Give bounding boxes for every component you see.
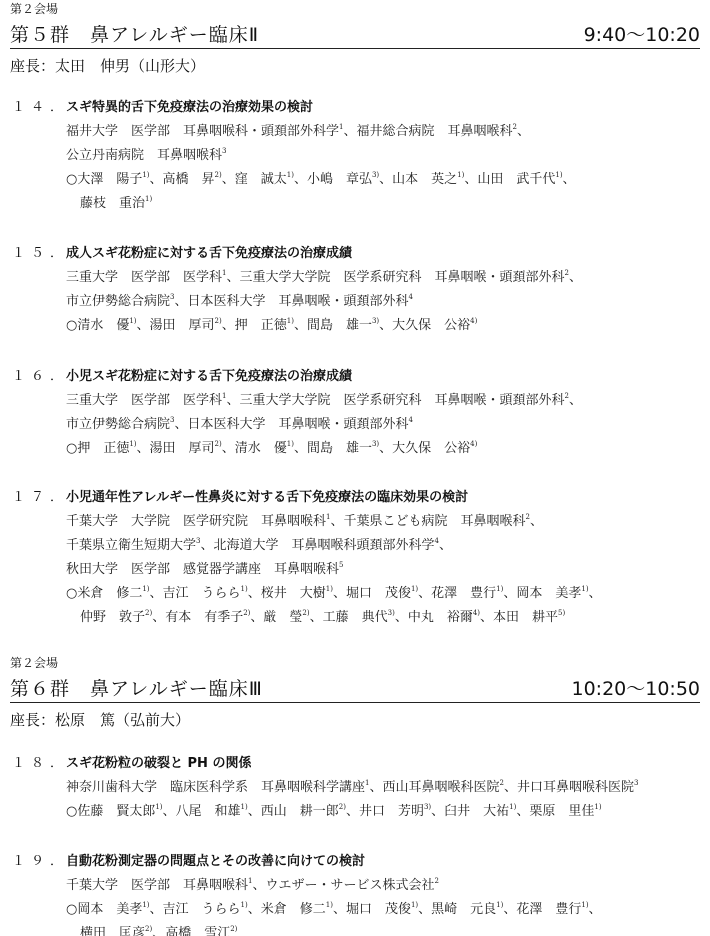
footnote-marker: 2) bbox=[215, 171, 222, 179]
footnote-marker: 2) bbox=[145, 609, 152, 617]
footnote-marker: 2 bbox=[565, 392, 569, 400]
footnote-marker: 1) bbox=[287, 317, 294, 325]
abstract-title: スギ特異的舌下免疫療法の治療効果の検討 bbox=[66, 96, 313, 115]
author-line: 仲野 敦子2)、有本 有季子2)、厳 瑩2)、工藤 典代3)、中丸 裕爾4)、本… bbox=[80, 606, 565, 625]
footnote-marker: 1) bbox=[411, 901, 418, 909]
venue-label: 第２会場 bbox=[10, 0, 58, 17]
footnote-marker: 5 bbox=[339, 561, 343, 569]
footnote-marker: 2) bbox=[230, 925, 237, 933]
abstract-title: 成人スギ花粉症に対する舌下免疫療法の治療成績 bbox=[66, 242, 352, 261]
affiliation-line: 市立伊勢総合病院3、日本医科大学 耳鼻咽喉・頭頚部外科4 bbox=[66, 413, 413, 432]
footnote-marker: 3 bbox=[170, 416, 174, 424]
footnote-marker: 1) bbox=[142, 901, 149, 909]
footnote-marker: 4) bbox=[473, 609, 480, 617]
footnote-marker: 1 bbox=[222, 392, 226, 400]
footnote-marker: 2 bbox=[500, 779, 504, 787]
group-header: 第５群 鼻アレルギー臨床Ⅱ 9:40～10:20 bbox=[10, 24, 700, 49]
affiliation-line: 三重大学 医学部 医学科1、三重大学大学院 医学系研究科 耳鼻咽喉・頭頚部外科2… bbox=[66, 266, 582, 285]
footnote-marker: 1 bbox=[339, 123, 343, 131]
footnote-marker: 1) bbox=[326, 585, 333, 593]
footnote-marker: 1) bbox=[129, 440, 136, 448]
affiliation-line: 福井大学 医学部 耳鼻咽喉科・頭頚部外科学1、福井総合病院 耳鼻咽喉科2、 bbox=[66, 120, 530, 139]
footnote-marker: 4 bbox=[409, 416, 413, 424]
footnote-marker: 3) bbox=[372, 317, 379, 325]
affiliation-line: 公立丹南病院 耳鼻咽喉科3 bbox=[66, 144, 226, 163]
footnote-marker: 4) bbox=[470, 440, 477, 448]
affiliation-line: 秋田大学 医学部 感覚器学講座 耳鼻咽喉科5 bbox=[66, 558, 343, 577]
footnote-marker: 1) bbox=[155, 803, 162, 811]
group-time: 9:40～10:20 bbox=[584, 20, 700, 47]
abstract-number: １７． bbox=[12, 486, 69, 505]
footnote-marker: 2) bbox=[215, 317, 222, 325]
abstract-title: スギ花粉粒の破裂と PH の関係 bbox=[66, 752, 251, 771]
abstract-title: 自動花粉測定器の問題点とその改善に向けての検討 bbox=[66, 850, 365, 869]
author-line: 藤枝 重治1) bbox=[80, 192, 152, 211]
footnote-marker: 1) bbox=[241, 585, 248, 593]
footnote-marker: 1) bbox=[457, 171, 464, 179]
footnote-marker: 1) bbox=[581, 901, 588, 909]
footnote-marker: 2) bbox=[339, 803, 346, 811]
group-header: 第６群 鼻アレルギー臨床Ⅲ 10:20～10:50 bbox=[10, 678, 700, 703]
footnote-marker: 1) bbox=[594, 803, 601, 811]
abstract-number: １４． bbox=[12, 96, 69, 115]
footnote-marker: 3 bbox=[222, 147, 226, 155]
footnote-marker: 1) bbox=[496, 585, 503, 593]
footnote-marker: 2) bbox=[243, 609, 250, 617]
footnote-marker: 1) bbox=[241, 901, 248, 909]
affiliation-line: 千葉大学 医学部 耳鼻咽喉科1、ウエザー・サービス株式会社2 bbox=[66, 874, 439, 893]
affiliation-line: 千葉県立衛生短期大学3、北海道大学 耳鼻咽喉科頭頚部外科学4、 bbox=[66, 534, 452, 553]
abstract-title: 小児通年性アレルギー性鼻炎に対する舌下免疫療法の臨床効果の検討 bbox=[66, 486, 468, 505]
footnote-marker: 1) bbox=[241, 803, 248, 811]
author-line: ○清水 優1)、湯田 厚司2)、押 正徳1)、間島 雄一3)、大久保 公裕4) bbox=[66, 314, 477, 333]
footnote-marker: 3 bbox=[634, 779, 638, 787]
footnote-marker: 1 bbox=[365, 779, 369, 787]
footnote-marker: 1) bbox=[287, 440, 294, 448]
footnote-marker: 3) bbox=[372, 440, 379, 448]
footnote-marker: 1 bbox=[222, 269, 226, 277]
footnote-marker: 1) bbox=[142, 171, 149, 179]
footnote-marker: 1 bbox=[248, 877, 252, 885]
footnote-marker: 3) bbox=[424, 803, 431, 811]
group-time: 10:20～10:50 bbox=[571, 674, 700, 701]
venue-label: 第２会場 bbox=[10, 654, 58, 671]
footnote-marker: 2 bbox=[565, 269, 569, 277]
group-title: 第５群 鼻アレルギー臨床Ⅱ bbox=[10, 20, 259, 47]
footnote-marker: 3) bbox=[388, 609, 395, 617]
footnote-marker: 2) bbox=[215, 440, 222, 448]
author-line: ○岡本 美孝1)、吉江 うらら1)、米倉 修二1)、堀口 茂俊1)、黒崎 元良1… bbox=[66, 898, 602, 917]
footnote-marker: 2 bbox=[526, 513, 530, 521]
footnote-marker: 1) bbox=[509, 803, 516, 811]
footnote-marker: 1) bbox=[411, 585, 418, 593]
affiliation-line: 市立伊勢総合病院3、日本医科大学 耳鼻咽喉・頭頚部外科4 bbox=[66, 290, 413, 309]
author-line: ○大澤 陽子1)、高橋 昇2)、窪 誠太1)、小嶋 章弘3)、山本 英之1)、山… bbox=[66, 168, 576, 187]
author-line: 横田 匡彦2)、高橋 雪江2) bbox=[80, 922, 237, 936]
footnote-marker: 1) bbox=[129, 317, 136, 325]
affiliation-line: 千葉大学 大学院 医学研究院 耳鼻咽喉科1、千葉県こども病院 耳鼻咽喉科2、 bbox=[66, 510, 543, 529]
footnote-marker: 1) bbox=[496, 901, 503, 909]
footnote-marker: 4 bbox=[435, 537, 439, 545]
abstract-number: １８． bbox=[12, 752, 69, 771]
footnote-marker: 1 bbox=[326, 513, 330, 521]
group-title: 第６群 鼻アレルギー臨床Ⅲ bbox=[10, 674, 263, 701]
author-line: ○佐藤 賢太郎1)、八尾 和雄1)、西山 耕一郎2)、井口 芳明3)、臼井 大祐… bbox=[66, 800, 602, 819]
footnote-marker: 1) bbox=[142, 585, 149, 593]
chairperson: 座長：松原 篤（弘前大） bbox=[10, 709, 190, 730]
footnote-marker: 2 bbox=[513, 123, 517, 131]
footnote-marker: 1) bbox=[581, 585, 588, 593]
footnote-marker: 5) bbox=[558, 609, 565, 617]
chairperson: 座長：太田 伸男（山形大） bbox=[10, 55, 205, 76]
abstract-number: １９． bbox=[12, 850, 69, 869]
affiliation-line: 三重大学 医学部 医学科1、三重大学大学院 医学系研究科 耳鼻咽喉・頭頚部外科2… bbox=[66, 389, 582, 408]
footnote-marker: 2) bbox=[145, 925, 152, 933]
affiliation-line: 神奈川歯科大学 臨床医科学系 耳鼻咽喉科学講座1、西山耳鼻咽喉科医院2、井口耳鼻… bbox=[66, 776, 638, 795]
footnote-marker: 2) bbox=[302, 609, 309, 617]
author-line: ○押 正徳1)、湯田 厚司2)、清水 優1)、間島 雄一3)、大久保 公裕4) bbox=[66, 437, 477, 456]
footnote-marker: 1) bbox=[326, 901, 333, 909]
abstract-number: １５． bbox=[12, 242, 69, 261]
author-line: ○米倉 修二1)、吉江 うらら1)、桜井 大樹1)、堀口 茂俊1)、花澤 豊行1… bbox=[66, 582, 602, 601]
footnote-marker: 3) bbox=[372, 171, 379, 179]
abstract-number: １６． bbox=[12, 365, 69, 384]
footnote-marker: 1) bbox=[145, 195, 152, 203]
footnote-marker: 1) bbox=[287, 171, 294, 179]
footnote-marker: 2 bbox=[435, 877, 439, 885]
footnote-marker: 4 bbox=[409, 293, 413, 301]
abstract-title: 小児スギ花粉症に対する舌下免疫療法の治療成績 bbox=[66, 365, 352, 384]
footnote-marker: 3 bbox=[196, 537, 200, 545]
footnote-marker: 1) bbox=[555, 171, 562, 179]
footnote-marker: 3 bbox=[170, 293, 174, 301]
footnote-marker: 4) bbox=[470, 317, 477, 325]
